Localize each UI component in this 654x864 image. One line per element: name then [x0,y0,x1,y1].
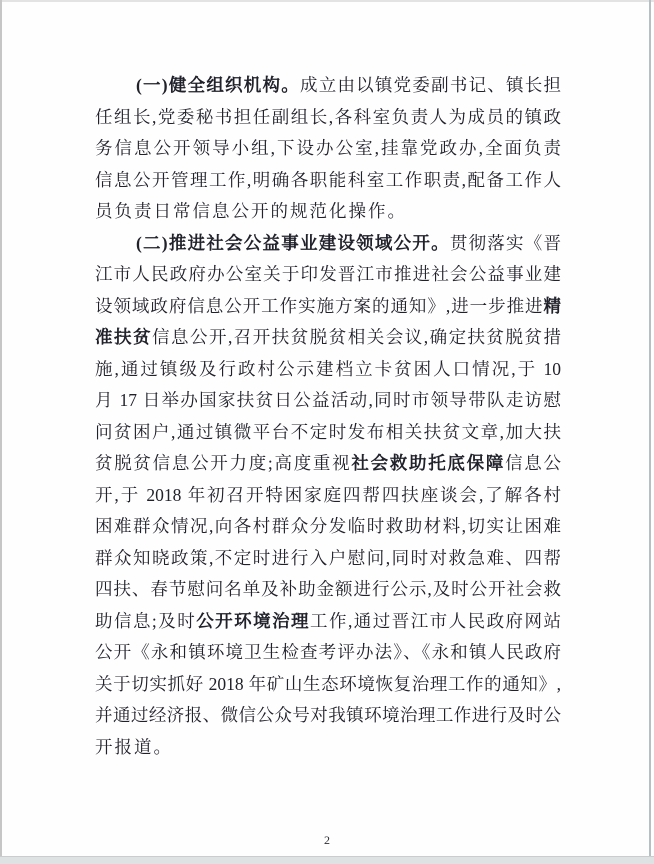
text-segment: 问贫困户,通过镇微平台不定时发布相关扶贫文章,加大扶 [95,422,561,442]
text-line: 任组长,党委秘书担任副组长,各科室负责人为成员的镇政 [95,102,561,134]
scan-edge-right [649,0,651,864]
text-line: 困难群众情况,向各村群众分发临时救助材料,切实让困难 [95,511,561,543]
text-segment-bold: 准扶贫 [95,327,152,347]
text-segment: 群众知晓政策,不定时进行入户慰问,同时对救急难、四帮 [95,548,561,568]
text-line: (一)健全组织机构。成立由以镇党委副书记、镇长担 [95,70,561,102]
text-segment-bold: 社会救助托底保障 [351,453,505,473]
text-line: 开报道。 [95,732,561,764]
text-segment: 四扶、春节慰问名单及补助金额进行公示,及时公开社会救 [95,579,561,599]
scan-edge-top [0,0,654,2]
text-segment: 任组长,党委秘书担任副组长,各科室负责人为成员的镇政 [95,107,561,127]
text-segment-bold: (一)健全组织机构。 [136,75,300,95]
text-line: 准扶贫信息公开,召开扶贫脱贫相关会议,确定扶贫脱贫措 [95,322,561,354]
text-line: 助信息;及时公开环境治理工作,通过晋江市人民政府网站 [95,606,561,638]
text-segment: 务信息公开领导小组,下设办公室,挂靠党政办,全面负责 [95,138,561,158]
text-segment: 开报道。 [95,737,173,757]
text-segment: 开,于 2018 年初召开特困家庭四帮四扶座谈会,了解各村 [95,485,561,505]
text-line: 设领域政府信息公开工作实施方案的通知》,进一步推进精 [95,291,561,323]
text-segment: 江市人民政府办公室关于印发晋江市推进社会公益事业建 [95,264,561,284]
text-line: 并通过经济报、微信公众号对我镇环境治理工作进行及时公 [95,700,561,732]
text-line: 施,通过镇级及行政村公示建档立卡贫困人口情况,于 10 [95,354,561,386]
text-segment: 信息公 [505,453,561,473]
text-line: 开,于 2018 年初召开特困家庭四帮四扶座谈会,了解各村 [95,480,561,512]
text-line: 四扶、春节慰问名单及补助金额进行公示,及时公开社会救 [95,574,561,606]
text-segment-bold: 公开环境治理 [196,611,310,631]
page-number: 2 [0,833,654,848]
text-segment: 助信息;及时 [95,611,196,631]
text-segment: 公开《永和镇环境卫生检查考评办法》、《永和镇人民政府 [95,642,561,662]
text-line: 关于切实抓好 2018 年矿山生态环境恢复治理工作的通知》, [95,669,561,701]
text-line: 江市人民政府办公室关于印发晋江市推进社会公益事业建 [95,259,561,291]
text-segment: 贯彻落实《晋 [450,233,561,253]
text-segment: 并通过经济报、微信公众号对我镇环境治理工作进行及时公 [95,705,561,725]
document-body-text: (一)健全组织机构。成立由以镇党委副书记、镇长担任组长,党委秘书担任副组长,各科… [95,70,561,763]
text-segment: 关于切实抓好 2018 年矿山生态环境恢复治理工作的通知》, [95,674,561,694]
text-segment: 设领域政府信息公开工作实施方案的通知》,进一步推进 [95,296,544,316]
text-line: 信息公开管理工作,明确各职能科室工作职责,配备工作人 [95,165,561,197]
text-segment: 信息公开,召开扶贫脱贫相关会议,确定扶贫脱贫措 [152,327,561,347]
text-line: 务信息公开领导小组,下设办公室,挂靠党政办,全面负责 [95,133,561,165]
text-line: 公开《永和镇环境卫生检查考评办法》、《永和镇人民政府 [95,637,561,669]
scanned-document-page: (一)健全组织机构。成立由以镇党委副书记、镇长担任组长,党委秘书担任副组长,各科… [0,0,654,864]
text-segment: 贫脱贫信息公开力度;高度重视 [95,453,351,473]
text-segment-bold: (二)推进社会公益事业建设领域公开。 [136,233,450,253]
text-segment-bold: 精 [544,296,562,316]
text-segment: 成立由以镇党委副书记、镇长担 [300,75,561,95]
text-line: 问贫困户,通过镇微平台不定时发布相关扶贫文章,加大扶 [95,417,561,449]
text-segment: 员负责日常信息公开的规范化操作。 [95,201,407,221]
text-line: (二)推进社会公益事业建设领域公开。贯彻落实《晋 [95,228,561,260]
text-line: 贫脱贫信息公开力度;高度重视社会救助托底保障信息公 [95,448,561,480]
text-line: 月 17 日举办国家扶贫日公益活动,同时市领导带队走访慰 [95,385,561,417]
text-segment: 工作,通过晋江市人民政府网站 [310,611,561,631]
text-segment: 困难群众情况,向各村群众分发临时救助材料,切实让困难 [95,516,561,536]
scan-edge-left [0,0,2,864]
text-line: 员负责日常信息公开的规范化操作。 [95,196,561,228]
text-segment: 施,通过镇级及行政村公示建档立卡贫困人口情况,于 10 [95,359,561,379]
scan-edge-bottom [0,856,654,864]
text-segment: 月 17 日举办国家扶贫日公益活动,同时市领导带队走访慰 [95,390,561,410]
text-line: 群众知晓政策,不定时进行入户慰问,同时对救急难、四帮 [95,543,561,575]
text-segment: 信息公开管理工作,明确各职能科室工作职责,配备工作人 [95,170,561,190]
